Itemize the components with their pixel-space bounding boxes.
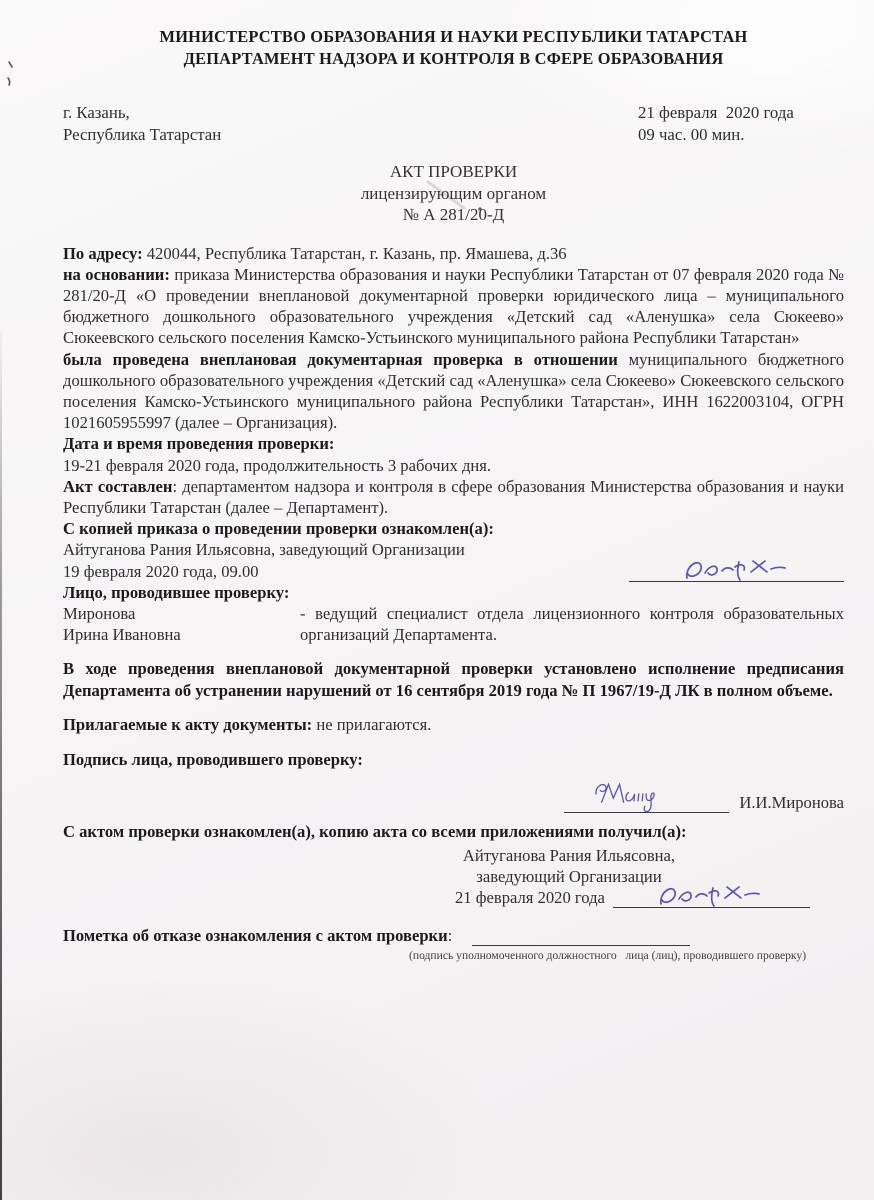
- title-number: № А 281/20-Д: [63, 204, 844, 226]
- paragraph-attachments: Прилагаемые к акту документы: не прилага…: [63, 714, 844, 735]
- date-line: 21 февраля 2020 года: [638, 102, 844, 124]
- department-name: ДЕПАРТАМЕНТ НАДЗОРА И КОНТРОЛЯ В СФЕРЕ О…: [63, 48, 844, 70]
- refusal-label-wrap: Пометка об отказе ознакомления с актом п…: [63, 925, 452, 946]
- ack-signature-line: [613, 888, 810, 908]
- paragraph-check-subject: была проведена внеплановая документарная…: [63, 349, 844, 434]
- ack-signature-ink: [651, 880, 771, 914]
- date-block: 21 февраля 2020 года 09 час. 00 мин.: [638, 102, 844, 146]
- time-line: 09 час. 00 мин.: [638, 124, 844, 146]
- inspector-signature-row: И.И.Миронова: [63, 792, 844, 813]
- attachments-text: не прилагаются.: [316, 715, 431, 734]
- document-title: АКТ ПРОВЕРКИ лицензирующим органом № А 2…: [63, 161, 844, 226]
- refusal-caption: (подпись уполномоченного должностного ли…: [409, 949, 844, 963]
- ack-date: 21 февраля 2020 года: [455, 887, 605, 908]
- paragraph-ack-label: С актом проверки ознакомлен(а), копию ак…: [63, 821, 844, 842]
- attachments-label: Прилагаемые к акту документы:: [63, 715, 312, 734]
- paragraph-signature-label: Подпись лица, проводившего проверку:: [63, 749, 844, 770]
- paragraph-copy-label: С копией приказа о проведении проверки о…: [63, 518, 844, 539]
- inspector-surname: Миронова: [63, 603, 300, 624]
- acknowledgement-person-block: Айтуганова Рания Ильясовна, заведующий О…: [455, 845, 683, 887]
- paragraph-findings: В ходе проведения внеплановой документар…: [63, 658, 844, 700]
- acquainted-signature-line: [629, 562, 844, 582]
- inspector-signature-ink: [592, 773, 702, 819]
- document-content: МИНИСТЕРСТВО ОБРАЗОВАНИЯ И НАУКИ РЕСПУБЛ…: [0, 0, 874, 963]
- copy-person: Айтуганова Рания Ильясовна, заведующий О…: [63, 540, 465, 559]
- ack-person: Айтуганова Рания Ильясовна,: [455, 845, 683, 866]
- datetime-text: 19-21 февраля 2020 года, продолжительнос…: [63, 456, 491, 475]
- acknowledgement-date-row: 21 февраля 2020 года: [455, 887, 810, 908]
- address-label: По адресу:: [63, 244, 143, 263]
- refusal-colon: :: [448, 926, 453, 945]
- refusal-label: Пометка об отказе ознакомления с актом п…: [63, 926, 448, 945]
- letterhead: МИНИСТЕРСТВО ОБРАЗОВАНИЯ И НАУКИ РЕСПУБЛ…: [63, 26, 844, 70]
- basis-text: приказа Министерства образования и науки…: [63, 265, 844, 348]
- region-line: Республика Татарстан: [63, 124, 221, 146]
- inspector-firstname: Ирина Ивановна: [63, 624, 300, 645]
- copy-datetime: 19 февраля 2020 года, 09.00: [63, 561, 259, 582]
- refusal-row: Пометка об отказе ознакомления с актом п…: [63, 925, 844, 946]
- title-act: АКТ ПРОВЕРКИ: [63, 161, 844, 183]
- inspector-label: Лицо, проводившее проверку:: [63, 583, 289, 602]
- basis-label: на основании:: [63, 265, 170, 284]
- inspector-block: Миронова Ирина Ивановна - ведущий специа…: [63, 603, 844, 645]
- composed-label: Акт составлен: [63, 477, 172, 496]
- inspector-name-column: Миронова Ирина Ивановна: [63, 603, 300, 645]
- copy-signature-row: 19 февраля 2020 года, 09.00: [63, 561, 844, 582]
- datetime-label: Дата и время проведения проверки:: [63, 434, 334, 453]
- check-label: была проведена внеплановая документарная…: [63, 350, 618, 369]
- acknowledgement-block: Айтуганова Рания Ильясовна, заведующий О…: [455, 845, 844, 909]
- document-body: По адресу: 420044, Республика Татарстан,…: [63, 243, 844, 964]
- ministry-name: МИНИСТЕРСТВО ОБРАЗОВАНИЯ И НАУКИ РЕСПУБЛ…: [63, 26, 844, 48]
- city-line: г. Казань,: [63, 102, 221, 124]
- inspector-signature-name: И.И.Миронова: [739, 792, 844, 813]
- title-licensing-authority: лицензирующим органом: [63, 183, 844, 205]
- paragraph-address: По адресу: 420044, Республика Татарстан,…: [63, 243, 844, 264]
- place-block: г. Казань, Республика Татарстан: [63, 102, 221, 146]
- inspector-role: - ведущий специалист отдела лицензионног…: [300, 603, 844, 645]
- paragraph-basis: на основании: приказа Министерства образ…: [63, 264, 844, 349]
- scanned-act-document: МИНИСТЕРСТВО ОБРАЗОВАНИЯ И НАУКИ РЕСПУБЛ…: [0, 0, 874, 1200]
- acquainted-signature-ink: [677, 554, 797, 588]
- refusal-signature-line: [472, 926, 690, 946]
- inspector-signature-line: [564, 793, 729, 813]
- composed-text: : департаментом надзора и контроля в сфе…: [63, 477, 844, 517]
- paragraph-datetime-label: Дата и время проведения проверки:: [63, 433, 844, 454]
- place-date-block: г. Казань, Республика Татарстан 21 февра…: [63, 102, 844, 146]
- address-text: 420044, Республика Татарстан, г. Казань,…: [147, 244, 567, 263]
- paragraph-datetime-value: 19-21 февраля 2020 года, продолжительнос…: [63, 455, 844, 476]
- ack-role: заведующий Организации: [455, 866, 683, 887]
- copy-label: С копией приказа о проведении проверки о…: [63, 519, 494, 538]
- paragraph-composed: Акт составлен: департаментом надзора и к…: [63, 476, 844, 518]
